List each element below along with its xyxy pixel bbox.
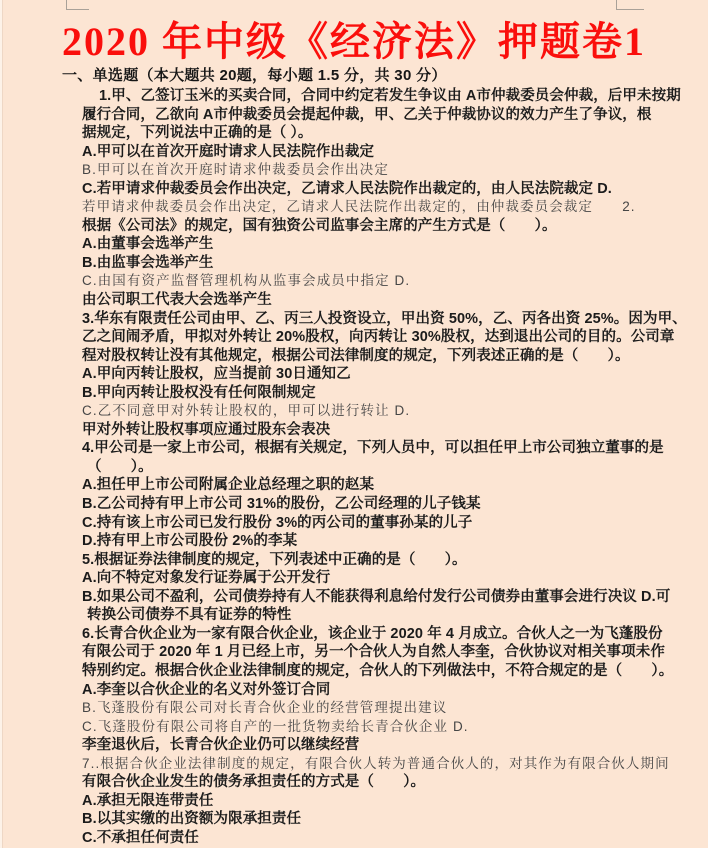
- text-line: A.甲向丙转让股权，应当提前 30日通知乙: [82, 365, 657, 384]
- text-line: 根据《公司法》的规定，国有独资公司监事会主席的产生方式是（ ）。: [82, 217, 657, 236]
- text-line: D.持有甲上市公司股份 2%的李某: [82, 532, 657, 551]
- text-line: B.由监事会选举产生: [82, 254, 657, 273]
- text-line: B.如果公司不盈利，公司债券持有人不能获得利息给付发行公司债券由董事会进行决议 …: [82, 588, 657, 607]
- text-line: 特别约定。根据合伙企业法律制度的规定，合伙人的下列做法中，不符合规定的是（ ）。: [82, 662, 657, 681]
- text-line: （ ）。: [82, 458, 657, 477]
- text-line: C.不承担任何责任: [82, 829, 657, 848]
- text-line: 程对股权转让没有其他规定，根据公司法律制度的规定，下列表述正确的是（ ）。: [82, 347, 657, 366]
- text-line: 5.根据证券法律制度的规定，下列表述中正确的是（ ）。: [82, 551, 657, 570]
- text-line: A.承担无限连带责任: [82, 792, 657, 811]
- text-line: 有限公司于 2020 年 1 月已经上市，另一个合伙人为自然人李奎，合伙协议对相…: [82, 643, 657, 662]
- text-line: C.持有该上市公司已发行股份 3%的丙公司的董事孙某的儿子: [82, 514, 657, 533]
- text-line: C.乙不同意甲对外转让股权的，甲可以进行转让 D.: [82, 402, 657, 421]
- text-line: C.飞蓬股份有限公司将自产的一批货物卖给长青合伙企业 D.: [82, 718, 657, 737]
- text-line: B.飞蓬股份有限公司对长青合伙企业的经营管理提出建议: [82, 699, 657, 718]
- page-left-edge: [0, 0, 3, 848]
- text-line: A.甲可以在首次开庭时请求人民法院作出裁定: [82, 143, 657, 162]
- question-lines-container: 1.甲、乙签订玉米的买卖合同，合同中约定若发生争议由 A市仲裁委员会仲裁，后甲未…: [82, 87, 657, 847]
- text-line: 有限合伙企业发生的债务承担责任的方式是（ ）。: [82, 773, 657, 792]
- text-line: 甲对外转让股权事项应通过股东会表决: [82, 421, 657, 440]
- text-line: C.若甲请求仲裁委员会作出决定，乙请求人民法院作出裁定的，由人民法院裁定 D.: [82, 180, 657, 199]
- text-line: 据规定，下列说法中正确的是（ ）。: [82, 124, 657, 143]
- section-header: 一、单选题（本大题共 20题，每小题 1.5 分，共 30 分）: [62, 64, 447, 85]
- text-line: A.李奎以合伙企业的名义对外签订合同: [82, 681, 657, 700]
- text-line: 乙之间闹矛盾，甲拟对外转让 20%股权，向丙转让 30%股权，达到退出公司的目的…: [82, 328, 657, 347]
- text-line: A.担任甲上市公司附属企业总经理之职的赵某: [82, 476, 657, 495]
- text-line: 1.甲、乙签订玉米的买卖合同，合同中约定若发生争议由 A市仲裁委员会仲裁，后甲未…: [82, 87, 657, 106]
- text-line: 履行合同，乙欲向 A市仲裁委员会提起仲裁，甲、乙关于仲裁协议的效力产生了争议，根: [82, 106, 657, 125]
- text-line: 4.甲公司是一家上市公司，根据有关规定，下列人员中，可以担任甲上市公司独立董事的…: [82, 439, 657, 458]
- text-line: C.由国有资产监督管理机构从监事会成员中指定 D.: [82, 272, 657, 291]
- text-line: B.甲向丙转让股权没有任何限制规定: [82, 384, 657, 403]
- text-line: B.以其实缴的出资额为限承担责任: [82, 810, 657, 829]
- document-page: 2020 年中级《经济法》押题卷1 一、单选题（本大题共 20题，每小题 1.5…: [0, 0, 708, 848]
- page-title: 2020 年中级《经济法》押题卷1: [0, 10, 708, 67]
- text-line: B.甲可以在首次开庭时请求仲裁委员会作出决定: [82, 161, 657, 180]
- text-line: 李奎退伙后，长青合伙企业仍可以继续经营: [82, 736, 657, 755]
- text-line: 7..根据合伙企业法律制度的规定，有限合伙人转为普通合伙人的，对其作为有限合伙人…: [82, 755, 657, 774]
- text-line: 若甲请求仲裁委员会作出决定，乙请求人民法院作出裁定的，由仲裁委员会裁定 2.: [82, 198, 657, 217]
- text-line: 由公司职工代表大会选举产生: [82, 291, 657, 310]
- text-line: A.向不特定对象发行证券属于公开发行: [82, 569, 657, 588]
- crop-mark-top-left: [66, 0, 89, 10]
- text-line: 6.长青合伙企业为一家有限合伙企业，该企业于 2020 年 4 月成立。合伙人之…: [82, 625, 657, 644]
- text-line: 转换公司债券不具有证券的特性: [82, 606, 657, 625]
- text-line: A.由董事会选举产生: [82, 235, 657, 254]
- text-line: B.乙公司持有甲上市公司 31%的股份，乙公司经理的儿子钱某: [82, 495, 657, 514]
- crop-mark-top-right: [616, 0, 644, 10]
- text-line: 3.华东有限责任公司由甲、乙、丙三人投资设立，甲出资 50%，乙、丙各出资 25…: [82, 310, 657, 329]
